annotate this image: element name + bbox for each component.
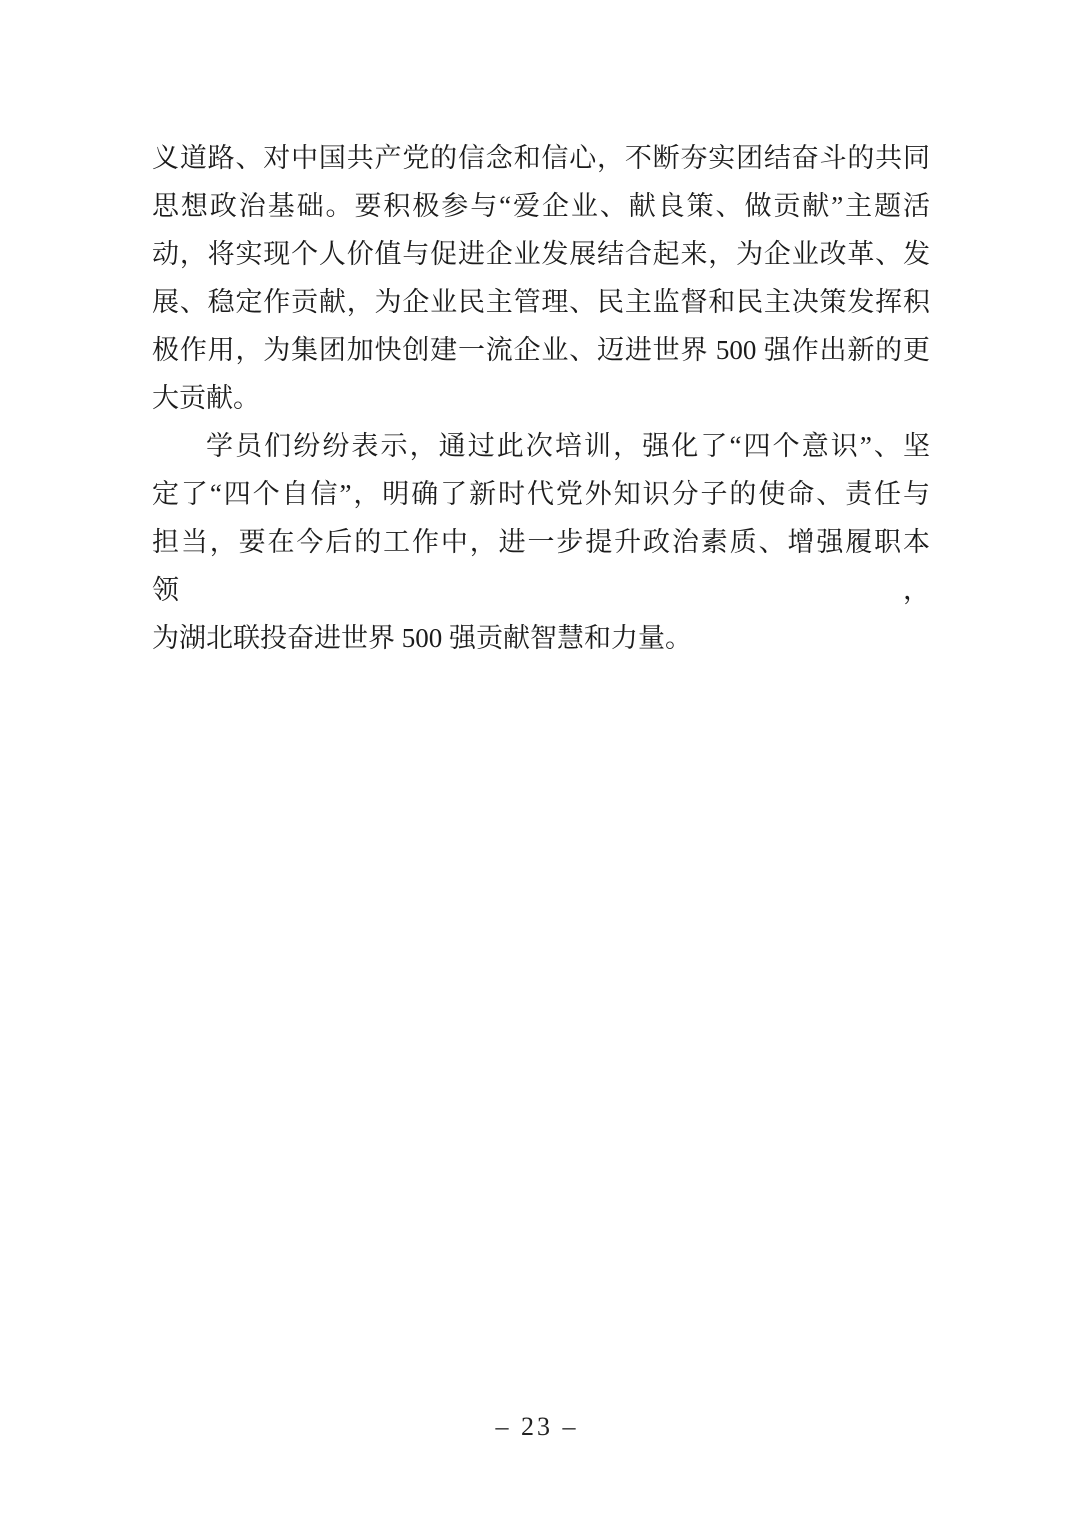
text-line: 思想政治基础。要积极参与“爱企业、献良策、做贡献”主题活 [152, 182, 930, 230]
text-line: 动，将实现个人价值与促进企业发展结合起来，为企业改革、发 [152, 230, 930, 278]
text-line: 定了“四个自信”，明确了新时代党外知识分子的使命、责任与 [152, 470, 930, 518]
document-page: 义道路、对中国共产党的信念和信心，不断夯实团结奋斗的共同 思想政治基础。要积极参… [0, 0, 1074, 1520]
text-line: 担当，要在今后的工作中，进一步提升政治素质、增强履职本领， [152, 518, 930, 614]
text-line: 极作用，为集团加快创建一流企业、迈进世界 500 强作出新的更 [152, 326, 930, 374]
body-text: 义道路、对中国共产党的信念和信心，不断夯实团结奋斗的共同 思想政治基础。要积极参… [152, 134, 930, 662]
page-number: – 23 – [0, 1412, 1074, 1442]
text-line: 义道路、对中国共产党的信念和信心，不断夯实团结奋斗的共同 [152, 134, 930, 182]
text-line: 大贡献。 [152, 374, 930, 422]
text-line: 展、稳定作贡献，为企业民主管理、民主监督和民主决策发挥积 [152, 278, 930, 326]
text-line: 为湖北联投奋进世界 500 强贡献智慧和力量。 [152, 614, 930, 662]
paragraph-continuation: 义道路、对中国共产党的信念和信心，不断夯实团结奋斗的共同 思想政治基础。要积极参… [152, 134, 930, 422]
text-line: 学员们纷纷表示，通过此次培训，强化了“四个意识”、坚 [152, 422, 930, 470]
paragraph-conclusion: 学员们纷纷表示，通过此次培训，强化了“四个意识”、坚 定了“四个自信”，明确了新… [152, 422, 930, 662]
